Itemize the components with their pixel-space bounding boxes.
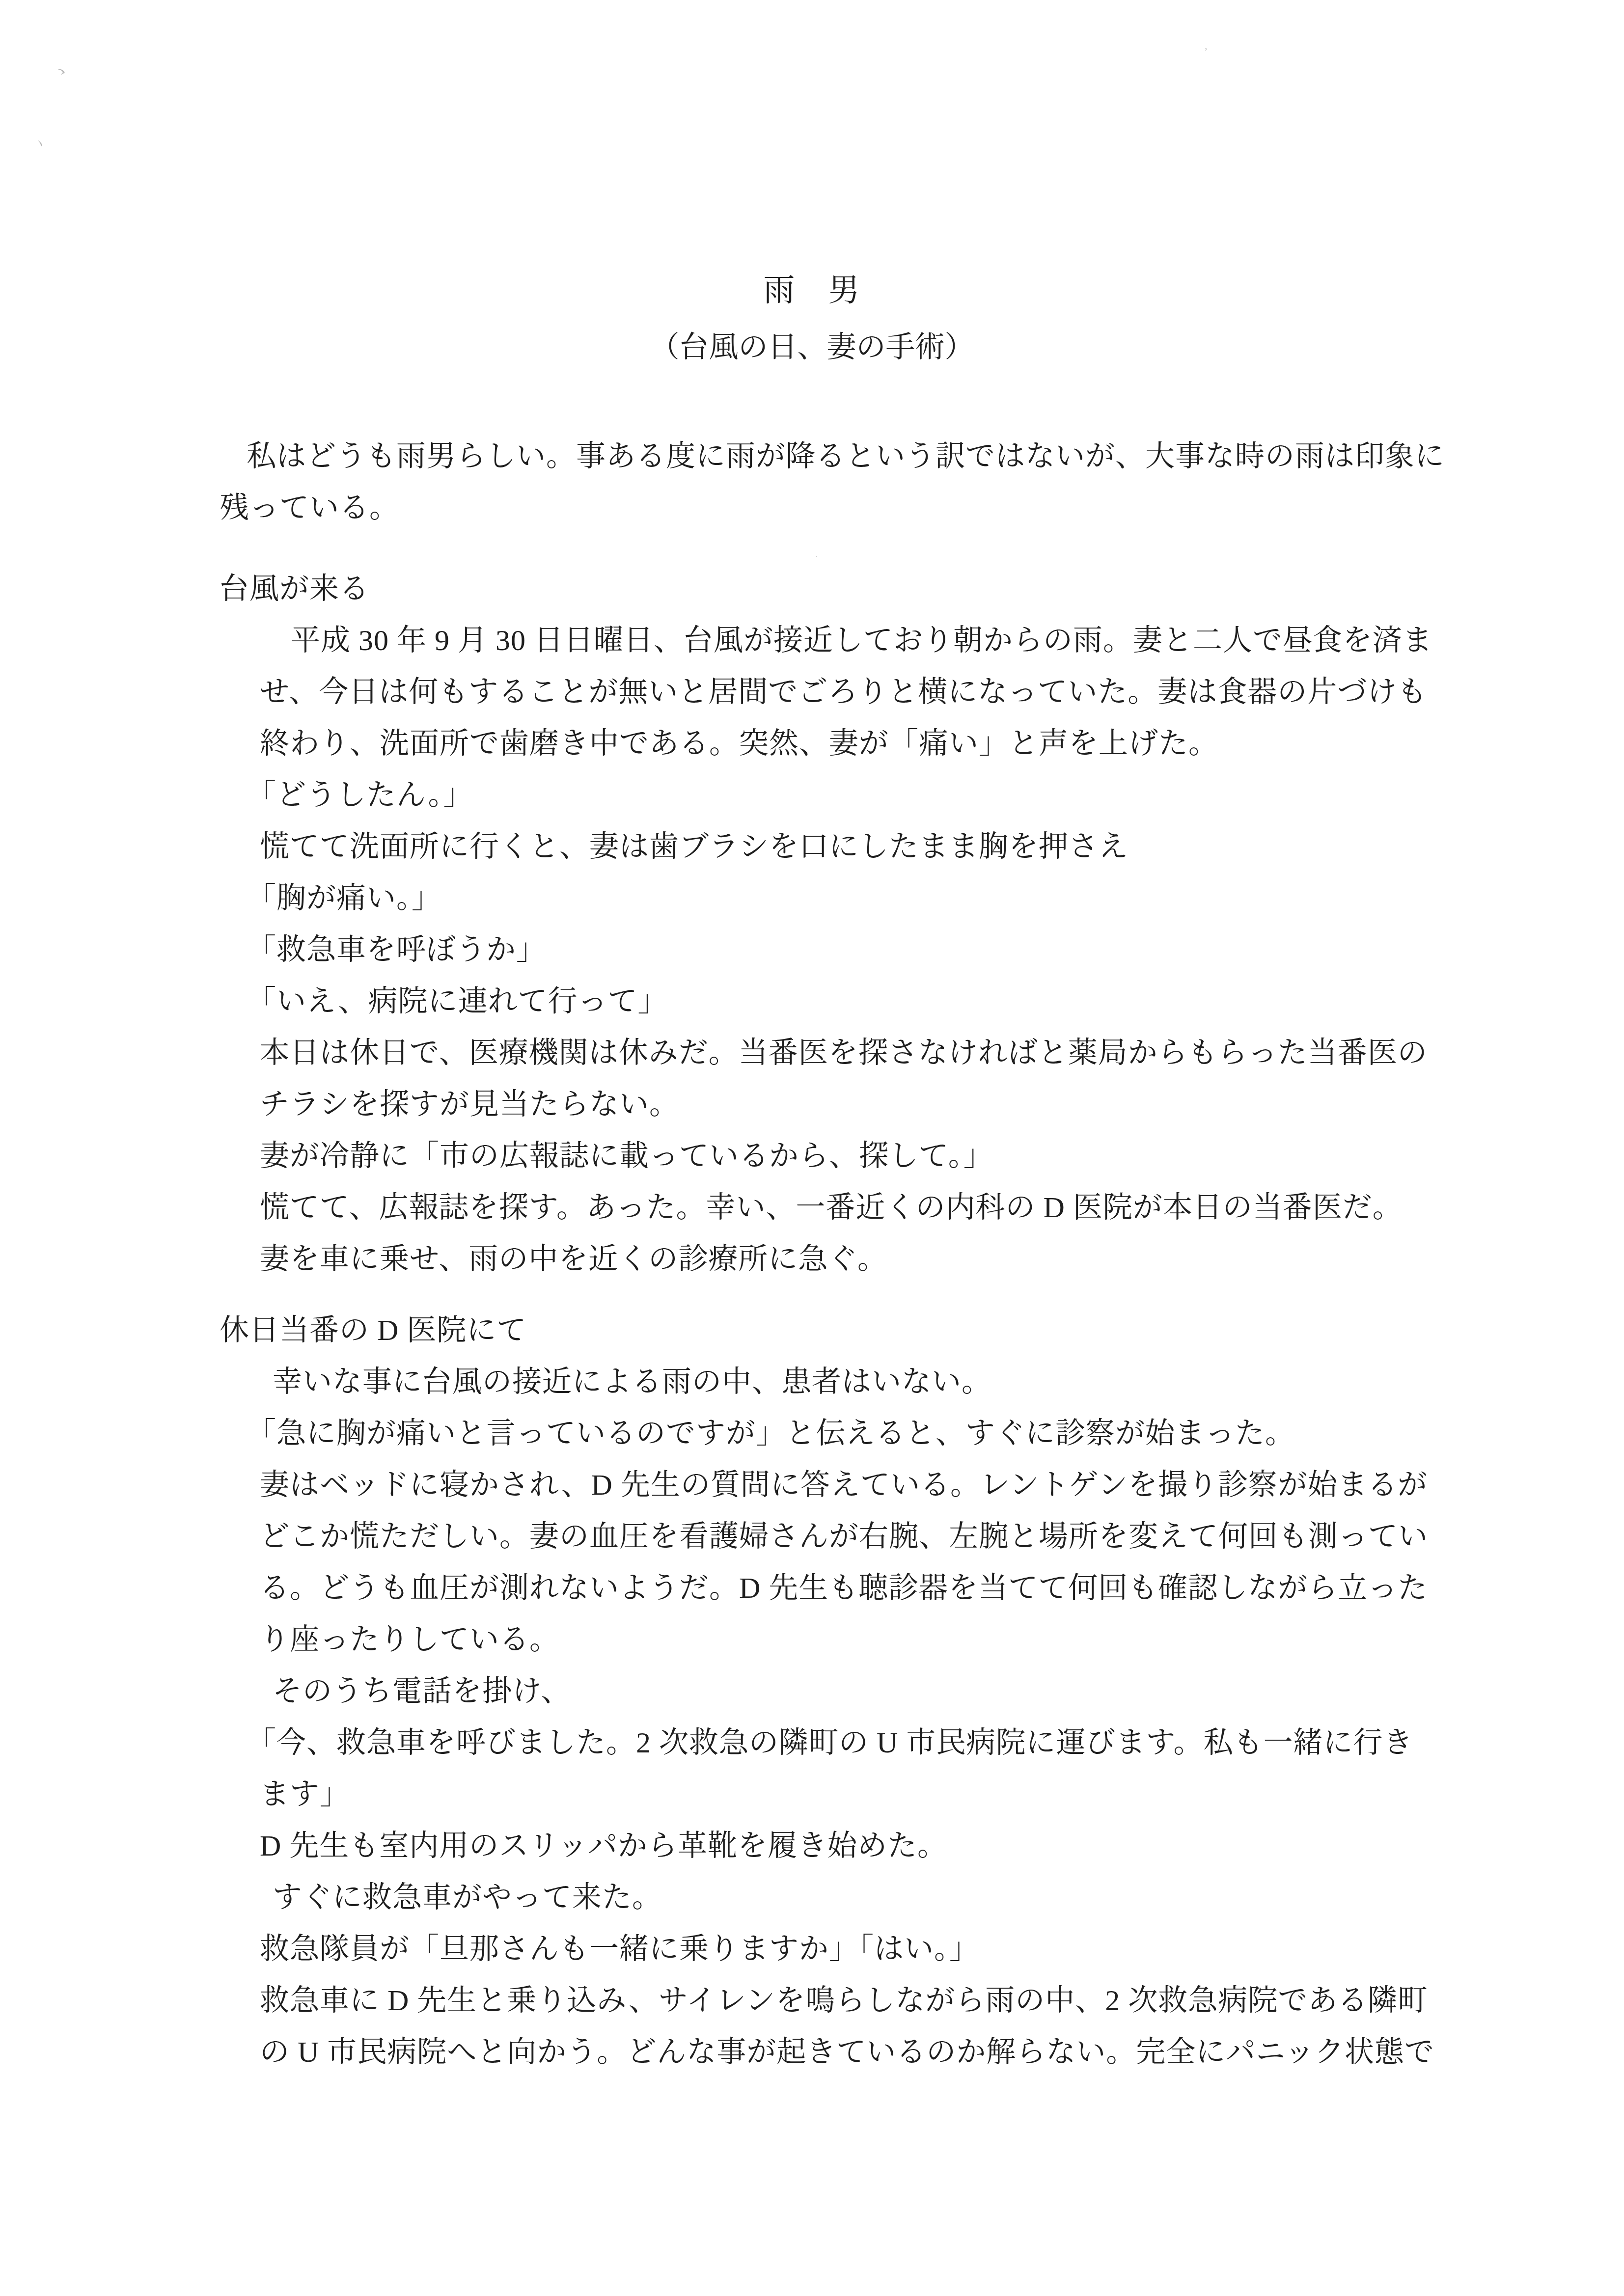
text-line: そのうち電話を掛け、 [273, 1666, 1575, 1717]
page-subtitle: （台風の日、妻の手術） [0, 322, 1624, 373]
text-line: ます」 [260, 1769, 1575, 1820]
text-line: 妻はベッドに寝かされ、D 先生の質問に答えている。レントゲンを撮り診察が始まるが [260, 1459, 1575, 1511]
text-line: 慌てて、広報誌を探す。あった。幸い、一番近くの内科の D 医院が本日の当番医だ。 [260, 1182, 1575, 1233]
text-line: 本日は休日で、医療機関は休みだ。当番医を探さなければと薬局からもらった当番医の [260, 1027, 1575, 1079]
text-line: 救急車に D 先生と乗り込み、サイレンを鳴らしながら雨の中、2 次救急病院である… [260, 1975, 1575, 2026]
text-line: すぐに救急車がやって来た。 [273, 1872, 1575, 1923]
text-line: チラシを探すが見当たらない。 [260, 1079, 1575, 1130]
text-line: 終わり、洗面所で歯磨き中である。突然、妻が「痛い」と声を上げた。 [260, 718, 1575, 769]
text-line: 慌てて洗面所に行くと、妻は歯ブラシを口にしたまま胸を押さえ [260, 821, 1575, 873]
text-line: 残っている。 [220, 482, 1575, 534]
document-body: 私はどうも雨男らしい。事ある度に雨が降るという訳ではないが、大事な時の雨は印象に… [220, 431, 1575, 2078]
scan-artifact: ʼ [1204, 43, 1208, 60]
text-line: 救急隊員が「旦那さんも一緒に乗りますか」「はい。」 [260, 1923, 1575, 1975]
text-line: D 先生も室内用のスリッパから革靴を履き始めた。 [260, 1820, 1575, 1872]
text-line: 「今、救急車を呼びました。2 次救急の隣町の U 市民病院に運びます。私も一緒に… [247, 1717, 1575, 1769]
scan-artifact: ゝ [51, 61, 72, 83]
text-line: の U 市民病院へと向かう。どんな事が起きているのか解らない。完全にパニック状態… [260, 2026, 1575, 2078]
text-line: 「いえ、病院に連れて行って」 [247, 976, 1575, 1027]
scan-artifact: 丶 [32, 136, 48, 155]
text-line: 妻が冷静に「市の広報誌に載っているから、探して。」 [260, 1130, 1575, 1182]
text-line: 「急に胸が痛いと言っているのですが」と伝えると、すぐに診察が始まった。 [247, 1408, 1575, 1459]
text-line: どこか慌ただしい。妻の血圧を看護婦さんが右腕、左腕と場所を変えて何回も測ってい [260, 1511, 1575, 1562]
text-line: 幸いな事に台風の接近による雨の中、患者はいない。 [273, 1356, 1575, 1408]
text-line: 「どうしたん。」 [247, 769, 1575, 821]
text-line: 私はどうも雨男らしい。事ある度に雨が降るという訳ではないが、大事な時の雨は印象に [247, 431, 1575, 482]
section-heading: 休日当番の D 医院にて [220, 1305, 1575, 1356]
document-sheet: ゝ 丶 ʼ · 雨 男 （台風の日、妻の手術） 私はどうも雨男らしい。事ある度に… [0, 0, 1624, 2296]
text-line: 「胸が痛い。」 [247, 873, 1575, 924]
title-block: 雨 男 （台風の日、妻の手術） [0, 264, 1624, 373]
text-line: 平成 30 年 9 月 30 日日曜日、台風が接近しており朝からの雨。妻と二人で… [291, 615, 1575, 666]
text-line: せ、今日は何もすることが無いと居間でごろりと横になっていた。妻は食器の片づけも [260, 666, 1575, 718]
page-title: 雨 男 [0, 264, 1624, 316]
text-line: る。どうも血圧が測れないようだ。D 先生も聴診器を当てて何回も確認しながら立った [260, 1562, 1575, 1614]
text-line: 「救急車を呼ぼうか」 [247, 924, 1575, 976]
section-heading: 台風が来る [220, 563, 1575, 615]
text-line: 妻を車に乗せ、雨の中を近くの診療所に急ぐ。 [260, 1233, 1575, 1285]
text-line: り座ったりしている。 [260, 1614, 1575, 1666]
